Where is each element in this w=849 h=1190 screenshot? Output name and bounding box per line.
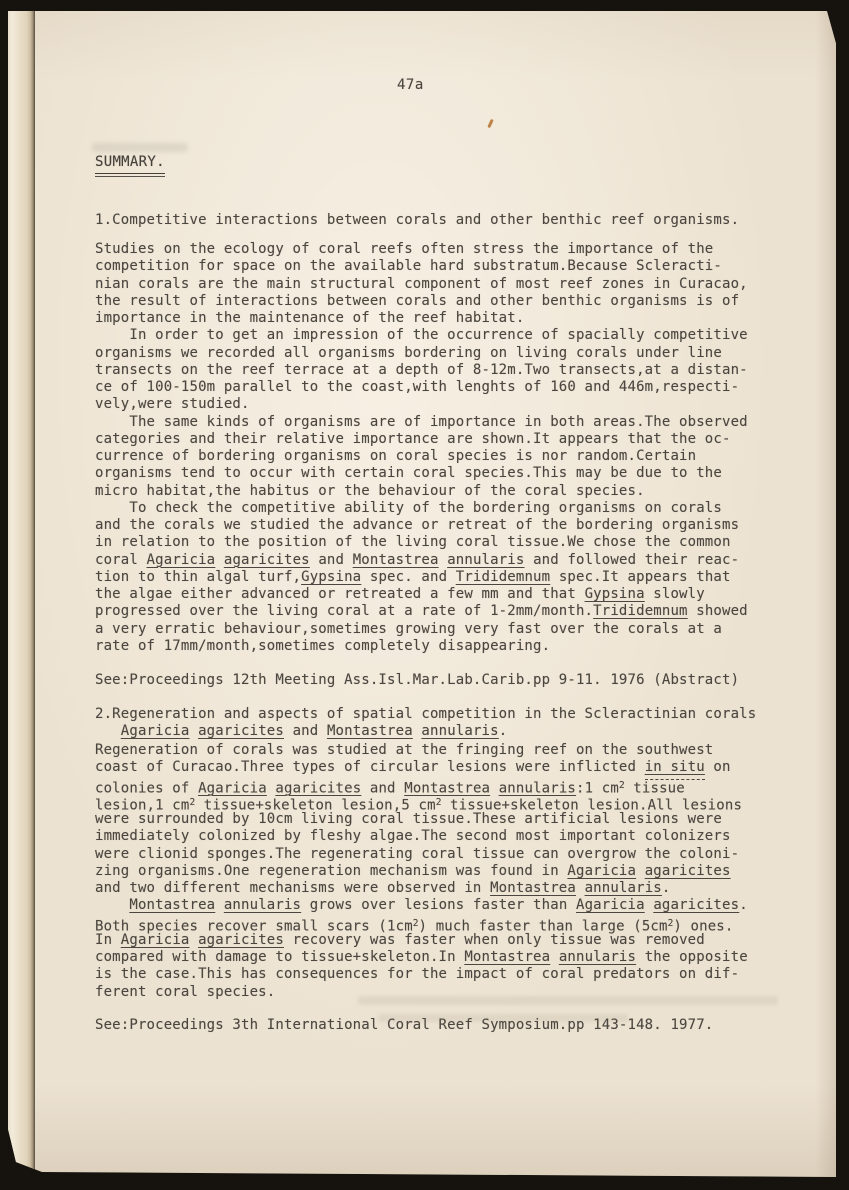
- text-line: Montastrea annularis grows over lesions …: [95, 897, 748, 914]
- text-line: tion to thin algal turf,Gypsina spec. an…: [95, 569, 748, 586]
- superscript: 2: [413, 918, 419, 929]
- underlined-term: Trididemnum: [593, 603, 687, 619]
- underlined-term: Agaricia: [121, 723, 190, 739]
- text-line: micro habitat,the habitus or the behavio…: [95, 483, 748, 500]
- underlined-term: Agaricia: [576, 897, 645, 913]
- text-line: Studies on the ecology of coral reefs of…: [95, 241, 748, 258]
- section-1-reference: See:Proceedings 12th Meeting Ass.Isl.Mar…: [95, 672, 739, 689]
- text-line: in relation to the position of the livin…: [95, 534, 748, 551]
- underlined-term: Agaricia: [121, 932, 190, 948]
- text-line: a very erratic behaviour,sometimes growi…: [95, 621, 748, 638]
- section-2-paragraph: Regeneration of corals was studied at th…: [95, 742, 748, 1001]
- underlined-term: agaricites: [224, 552, 310, 568]
- underlined-term: Gypsina: [585, 586, 645, 602]
- text-line: coral Agaricia agaricites and Montastrea…: [95, 552, 748, 569]
- text-line: were clionid sponges.The regenerating co…: [95, 846, 748, 863]
- underlined-term: Montastrea: [464, 949, 550, 965]
- underlined-term: annularis: [559, 949, 636, 965]
- underlined-term: Montastrea: [129, 897, 215, 913]
- underlined-term: agaricites: [198, 723, 284, 739]
- underlined-term: annularis: [224, 897, 301, 913]
- text-line: coast of Curacao.Three types of circular…: [95, 759, 748, 776]
- text-line: and two different mechanisms were observ…: [95, 880, 748, 897]
- text-line: were surrounded by 10cm living coral tis…: [95, 811, 748, 828]
- underlined-term: agaricites: [645, 863, 731, 879]
- underlined-term: agaricites: [198, 932, 284, 948]
- underlined-term: Gypsina: [301, 569, 361, 585]
- book-page-edges: [8, 11, 35, 1177]
- text-line: importance in the maintenance of the ree…: [95, 310, 748, 327]
- text-line: Regeneration of corals was studied at th…: [95, 742, 748, 759]
- section-1-paragraph: Studies on the ecology of coral reefs of…: [95, 241, 748, 655]
- text-line: organisms we recorded all organisms bord…: [95, 345, 748, 362]
- superscript: 2: [436, 797, 442, 808]
- document-page: 47a SUMMARY. 1.Competitive interactions …: [8, 11, 836, 1177]
- text-line: zing organisms.One regeneration mechanis…: [95, 863, 748, 880]
- underlined-term: Montastrea: [490, 880, 576, 896]
- superscript: 2: [668, 918, 674, 929]
- page-number: 47a: [397, 77, 424, 93]
- ink-speck: [487, 119, 494, 128]
- summary-heading: SUMMARY.: [95, 154, 165, 174]
- underlined-term: Agaricia: [147, 552, 216, 568]
- underlined-term: annularis: [585, 880, 662, 896]
- text-line: compared with damage to tissue+skeleton.…: [95, 949, 748, 966]
- superscript: 2: [619, 780, 625, 791]
- bleed-through-text: [378, 1014, 628, 1022]
- text-line: To check the competitive ability of the …: [95, 500, 748, 517]
- text-line: nian corals are the main structural comp…: [95, 276, 748, 293]
- underlined-term: Trididemnum: [456, 569, 550, 585]
- text-line: currence of bordering organisms on coral…: [95, 448, 748, 465]
- text-line: See:Proceedings 12th Meeting Ass.Isl.Mar…: [95, 672, 739, 689]
- underlined-term: Agaricia: [567, 863, 636, 879]
- text-line: progressed over the living coral at a ra…: [95, 603, 748, 620]
- text-line: competition for space on the available h…: [95, 258, 748, 275]
- bleed-through-text: [358, 996, 778, 1005]
- text-line: colonies of Agaricia agaricites and Mont…: [95, 777, 748, 794]
- text-line: lesion,1 cm2 tissue+skeleton lesion,5 cm…: [95, 794, 748, 811]
- section-2-title: 2.Regeneration and aspects of spatial co…: [95, 706, 756, 741]
- text-line: categories and their relative importance…: [95, 431, 748, 448]
- text-line: ce of 100-150m parallel to the coast,wit…: [95, 379, 748, 396]
- text-line: transects on the reef terrace at a depth…: [95, 362, 748, 379]
- underlined-term: Montastrea: [327, 723, 413, 739]
- text-line: the algae either advanced or retreated a…: [95, 586, 748, 603]
- section-1-title: 1.Competitive interactions between coral…: [95, 212, 739, 229]
- text-line: In Agaricia agaricites recovery was fast…: [95, 932, 748, 949]
- text-line: 2.Regeneration and aspects of spatial co…: [95, 706, 756, 723]
- text-line: In order to get an impression of the occ…: [95, 327, 748, 344]
- smudge-mark: [92, 143, 188, 152]
- text-line: organisms tend to occur with certain cor…: [95, 465, 748, 482]
- text-line: Both species recover small scars (1cm2) …: [95, 915, 748, 932]
- text-line: Agaricia agaricites and Montastrea annul…: [95, 723, 756, 740]
- text-line: vely,were studied.: [95, 396, 748, 413]
- text-line: The same kinds of organisms are of impor…: [95, 414, 748, 431]
- scanned-book-photo: { "colors": { "paper": "#ece2d1", "ink":…: [0, 0, 849, 1190]
- underlined-term: annularis: [421, 723, 498, 739]
- underlined-term: agaricites: [653, 897, 739, 913]
- text-line: and the corals we studied the advance or…: [95, 517, 748, 534]
- superscript: 2: [189, 797, 195, 808]
- text-line: immediately colonized by fleshy algae.Th…: [95, 828, 748, 845]
- text-line: 1.Competitive interactions between coral…: [95, 212, 739, 229]
- text-line: the result of interactions between coral…: [95, 293, 748, 310]
- text-line: is the case.This has consequences for th…: [95, 966, 748, 983]
- underlined-term: Montastrea: [353, 552, 439, 568]
- text-line: rate of 17mm/month,sometimes completely …: [95, 638, 748, 655]
- underlined-term: annularis: [447, 552, 524, 568]
